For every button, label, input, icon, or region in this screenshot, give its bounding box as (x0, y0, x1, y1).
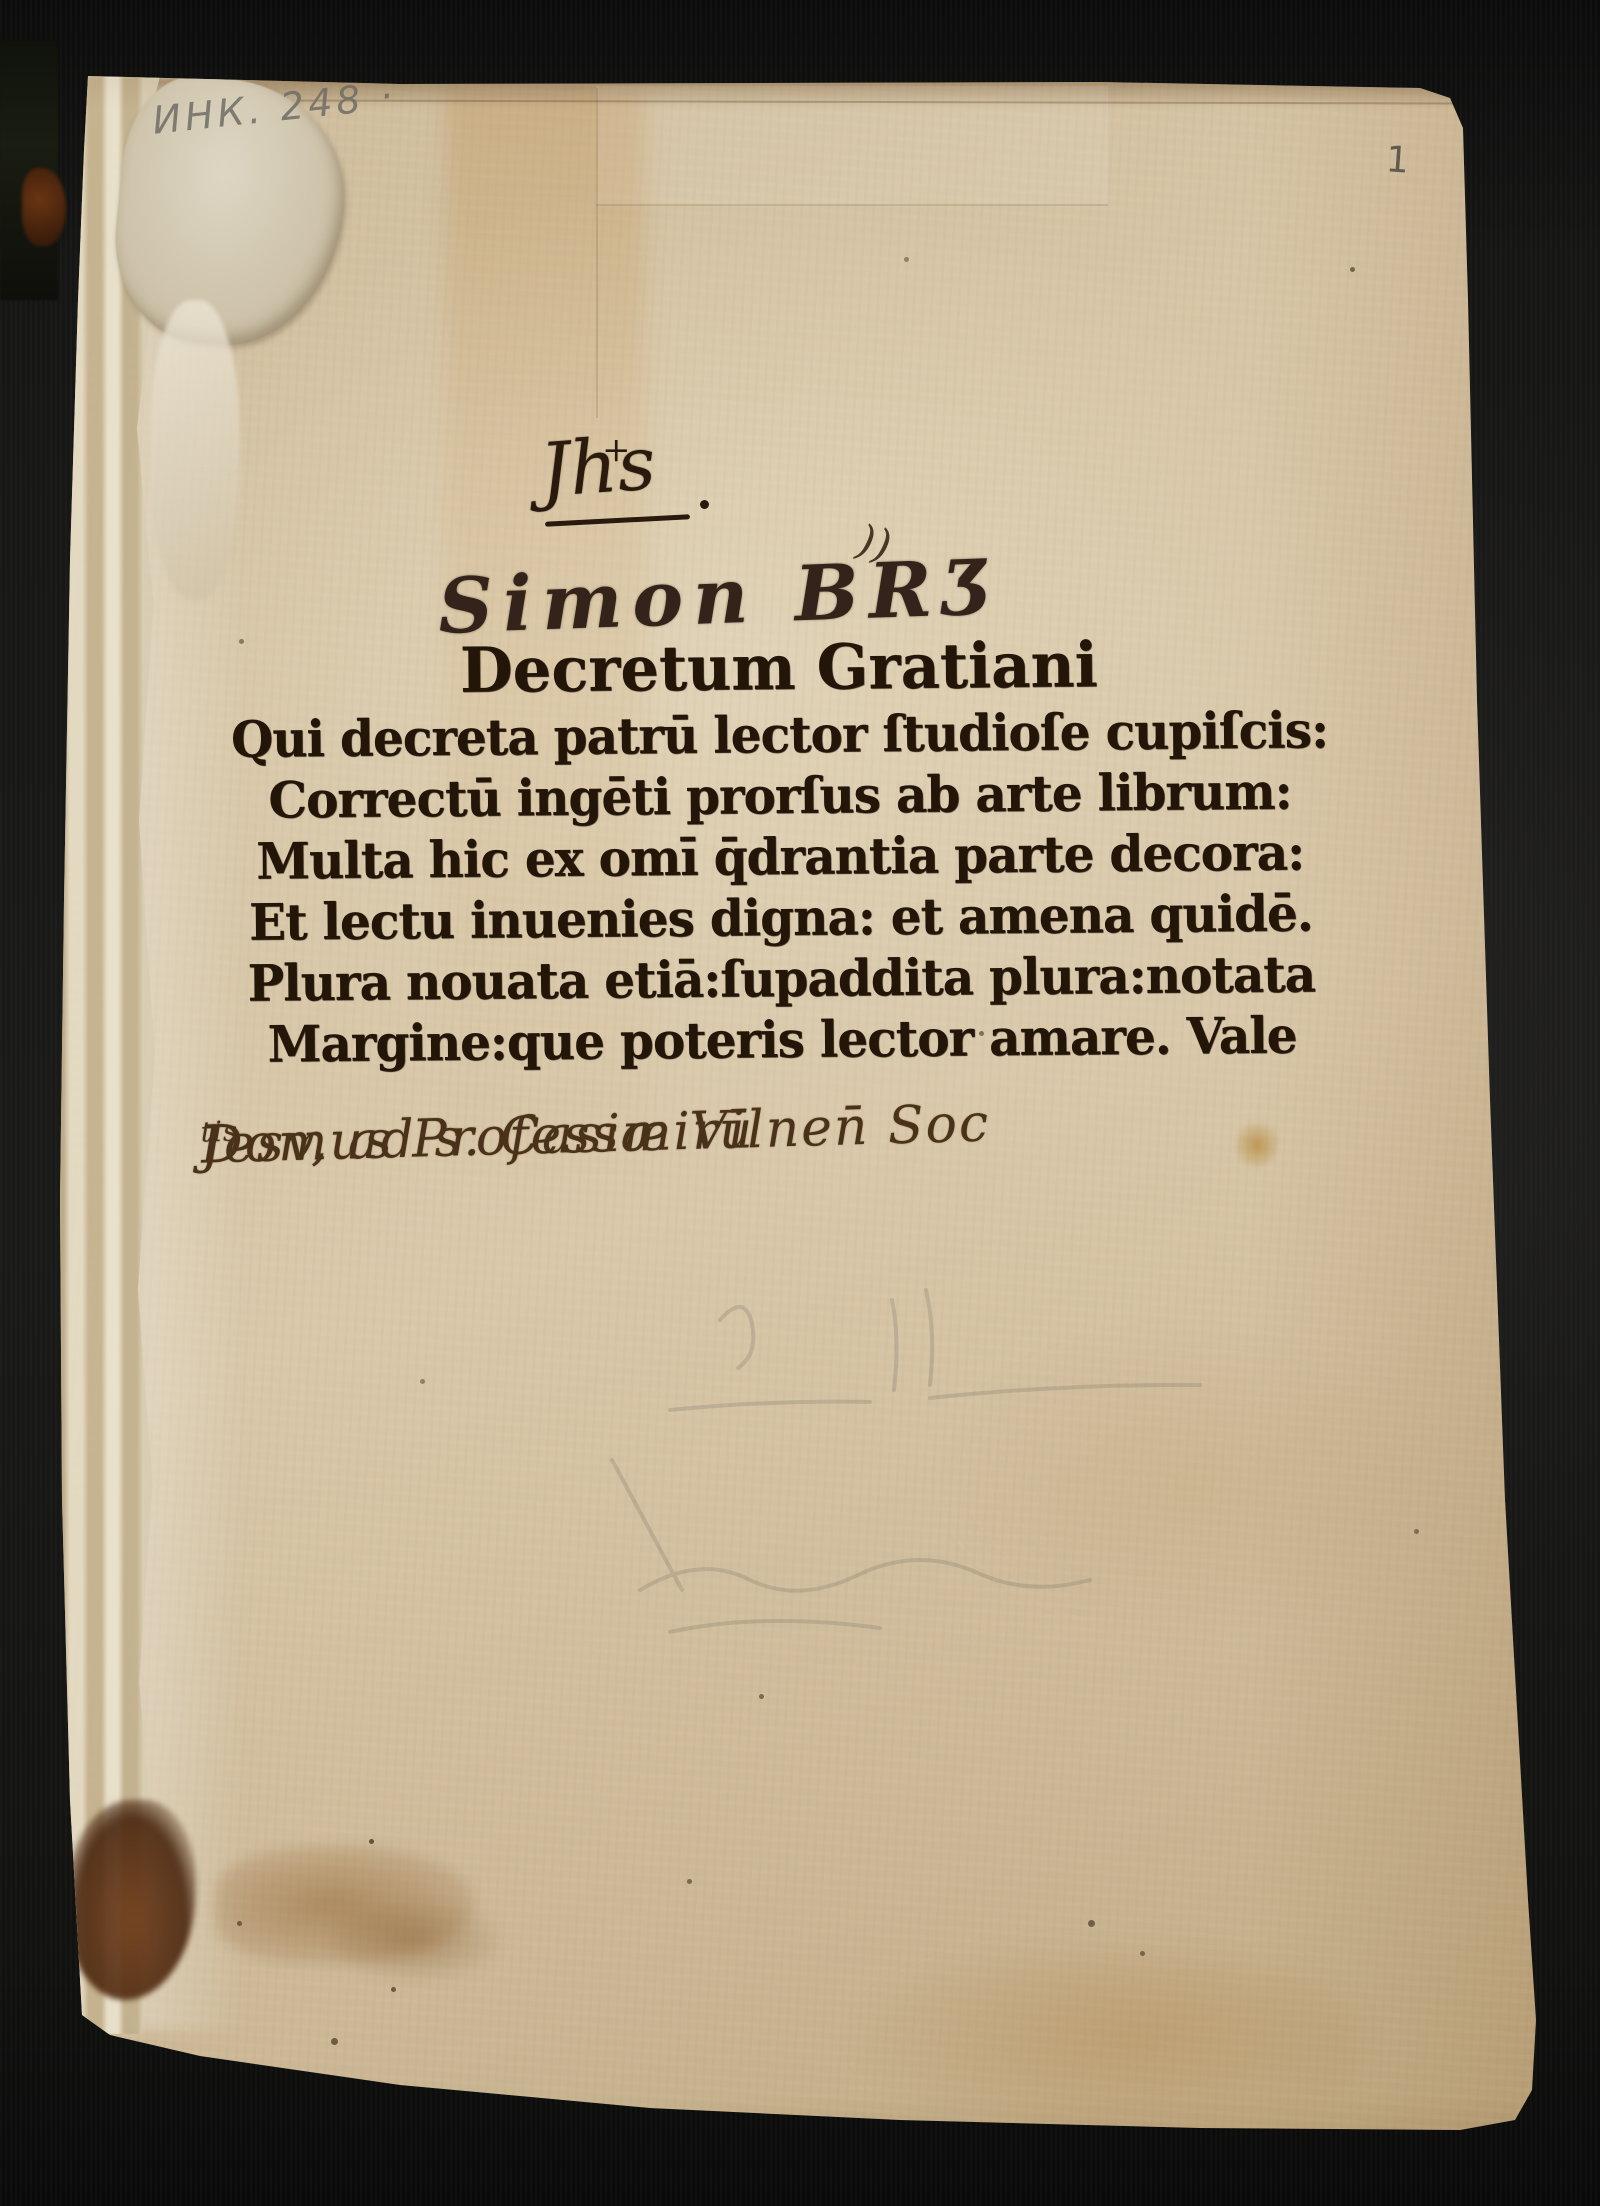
ihs-cross-mark: + (602, 430, 631, 470)
foxing-speckles (0, 0, 3, 3)
folio-number: 1 (1385, 139, 1411, 181)
verse-line: Plura nouata etiā:ſupaddita plura:notata (247, 943, 1315, 1013)
torn-paper-flap (150, 300, 240, 600)
faint-pencil-marks (540, 1260, 1300, 1660)
verse-line: Et lectu inuenies digna: et amena quidē. (249, 882, 1313, 952)
book-page: ИНК. 248 · 1 Jhs + Simon BRƷ )) Decretum… (0, 0, 1600, 2206)
stain-bottom-left-2 (330, 1900, 500, 1980)
ihs-period-dot (700, 500, 709, 509)
verse-line: Multa hic ex omī q̄drantia parte decora: (256, 821, 1304, 891)
printed-title: Decretum Gratiani (459, 629, 1097, 707)
repair-patch (596, 86, 1108, 206)
verse-line: Qui decreta patrū lector ſtudioſe cupiſc… (230, 699, 1327, 770)
verse-line: Correctū ingēti prorſus ab arte librum: (268, 761, 1292, 831)
printed-title-block: Decretum Gratiani Qui decreta patrū lect… (188, 627, 1372, 1075)
photo-backdrop: ИНК. 248 · 1 Jhs + Simon BRƷ )) Decretum… (0, 0, 1600, 2206)
crease-vertical (596, 88, 598, 418)
leather-fragment (22, 168, 66, 246)
verse-line: Margine:que poteris lector amare. Vale (267, 1005, 1296, 1075)
